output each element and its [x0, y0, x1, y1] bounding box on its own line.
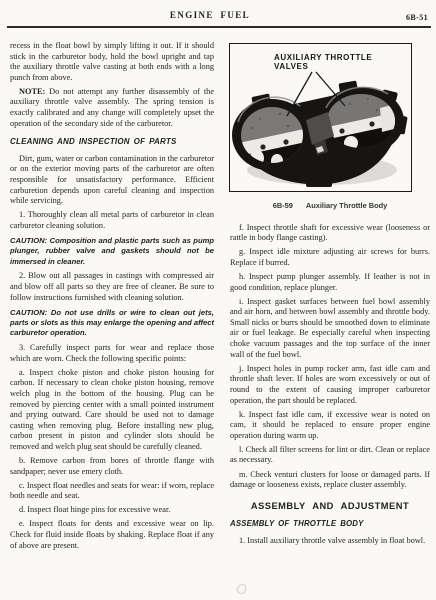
- inspect-item-e: e. Inspect floats for dents and excessiv…: [10, 519, 214, 551]
- caution-lead: CAUTION:: [10, 308, 47, 317]
- valve-screw: [369, 121, 374, 126]
- inspect-item-i: i. Inspect gasket surfaces between fuel …: [230, 297, 430, 361]
- section-heading-assembly: ASSEMBLY AND ADJUSTMENT: [230, 501, 430, 512]
- assembly-step-1: 1. Install auxiliary throttle valve asse…: [230, 536, 430, 547]
- subheading-throttle-body: ASSEMBLY OF THROTTLE BODY: [230, 519, 430, 530]
- right-column: AUXILIARY THROTTLE VALVES 6B-59 Auxiliar…: [230, 43, 430, 550]
- figure-caption-title: Auxiliary Throttle Body: [306, 201, 387, 212]
- figure-label-line2: VALVES: [274, 62, 308, 71]
- step-2-blow-out: 2. Blow out all passages in castings wit…: [10, 271, 214, 303]
- figure-caption-number: 6B-59: [273, 201, 293, 212]
- note-lead: NOTE:: [19, 87, 45, 96]
- valve-screw: [283, 139, 288, 144]
- caution-lead: CAUTION:: [10, 236, 47, 245]
- caution-paragraph-2: CAUTION: Do not use drills or wire to cl…: [10, 308, 214, 339]
- paragraph-dirt: Dirt, gum, water or carbon contamination…: [10, 154, 214, 207]
- inspect-item-b: b. Remove carbon from bores of throttle …: [10, 456, 214, 477]
- note-paragraph: NOTE: Do not attempt any further disasse…: [10, 87, 214, 129]
- running-header-title: ENGINE FUEL: [0, 10, 420, 20]
- valve-screw: [339, 128, 344, 133]
- figure-frame: AUXILIARY THROTTLE VALVES: [229, 43, 412, 192]
- inspect-item-j: j. Inspect holes in pump rocker arm, fas…: [230, 364, 430, 406]
- inspect-item-a: a. Inspect choke piston and choke piston…: [10, 368, 214, 453]
- scan-smudge: [236, 583, 247, 595]
- figure-label-line1: AUXILIARY THROTTLE: [274, 53, 372, 62]
- step-3-inspect: 3. Carefully inspect parts for wear and …: [10, 343, 214, 364]
- section-heading-cleaning: CLEANING AND INSPECTION OF PARTS: [10, 137, 214, 148]
- inspect-item-c: c. Inspect float needles and seats for w…: [10, 481, 214, 502]
- figure-caption: 6B-59 Auxiliary Throttle Body: [230, 201, 430, 212]
- inspect-item-g: g. Inspect idle mixture adjusting air sc…: [230, 247, 430, 268]
- inspect-item-d: d. Inspect float hinge pins for excessiv…: [10, 505, 214, 516]
- inspect-item-h: h. Inspect pump plunger assembly. If lea…: [230, 272, 430, 293]
- left-column: recess in the float bowl by simply lifti…: [10, 41, 214, 555]
- inspect-item-l: l. Check all filter screens for lint or …: [230, 445, 430, 466]
- step-1-clean: 1. Thoroughly clean all metal parts of c…: [10, 210, 214, 231]
- inspect-item-k: k. Inspect fast idle cam, if excessive w…: [230, 410, 430, 442]
- inspect-item-f: f. Inspect throttle shaft for excessive …: [230, 223, 430, 244]
- page-number: 6B-51: [406, 13, 428, 22]
- throttle-body-photo: AUXILIARY THROTTLE VALVES: [230, 44, 410, 190]
- caution-paragraph-1: CAUTION: Composition and plastic parts s…: [10, 236, 214, 267]
- valve-screw: [260, 144, 265, 149]
- header-rule: [7, 26, 431, 28]
- inspect-item-m: m. Check venturi clusters for loose or d…: [230, 470, 430, 491]
- paragraph-continuation: recess in the float bowl by simply lifti…: [10, 41, 214, 83]
- manual-page: ENGINE FUEL 6B-51 recess in the float bo…: [0, 0, 436, 600]
